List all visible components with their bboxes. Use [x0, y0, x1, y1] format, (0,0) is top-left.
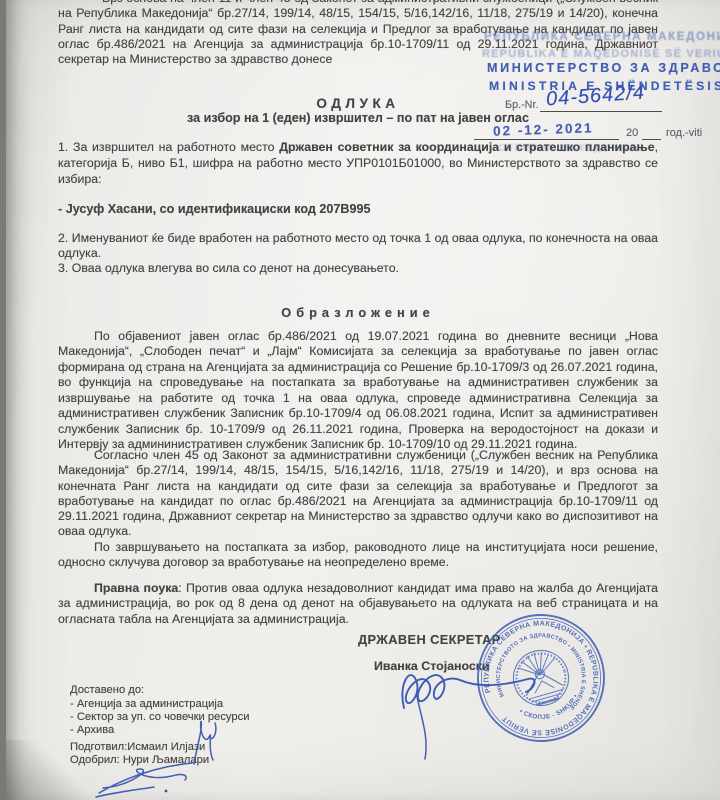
ministry-stamp-ghost-line2: REPUBLIKA E MAQEDONISË SË VERIUT	[482, 48, 720, 60]
ministry-stamp-ghost-line1: РЕПУБЛИКА СЕВЕРНА МАКЕДОНИЈА	[484, 30, 720, 43]
reasoning-para-2: Согласно член 45 од Законот за администр…	[58, 448, 658, 540]
paper-sheet: Врз основа на член 11 и член 45 од Закон…	[6, 0, 720, 800]
stamp-residue-overlay: СЕВЕРНА МАКЕДОНИЈА	[498, 143, 644, 154]
decision-subtitle: за избор на 1 (еден) извршител – по пат …	[58, 111, 658, 125]
year-prefix: 20	[626, 127, 638, 139]
photo-corner-shadow	[6, 740, 96, 800]
item1-text: 1. За извршител на работното место	[58, 140, 279, 154]
secretary-signature-scribble	[390, 642, 560, 767]
reasoning-para-1: По објавениот јавен оглас бр.486/2021 од…	[58, 329, 658, 453]
delivered-to-label: Доставено до:	[70, 684, 144, 696]
ministry-stamp-line1: МИНИСТЕРСТВО ЗА ЗДРАВСТВО	[487, 61, 720, 75]
scanned-decision-document: { "intro": "Врз основа на член 11 и член…	[0, 0, 720, 800]
reasoning-para-3: По завршувањето на постапката за избор, …	[58, 540, 658, 571]
reasoning-heading: Образложение	[58, 305, 658, 320]
delivered-item-archive: - Архива	[70, 724, 114, 736]
year-suffix: год.-viti	[666, 127, 702, 139]
approver-signature-scribble	[94, 756, 199, 800]
decision-title: ОДЛУКА	[58, 96, 658, 111]
legal-remedy-label: Правна поука	[94, 581, 178, 595]
decision-item-3: 3. Оваа одлука влегува во сила со денот …	[58, 261, 658, 276]
decision-item-2: 2. Именуваниот ќе биде вработен на работ…	[58, 231, 658, 262]
selected-candidate: - Јусуф Хасани, со идентификациски код 2…	[58, 202, 371, 216]
delivered-item-agency: - Агенција за администрација	[70, 698, 223, 710]
